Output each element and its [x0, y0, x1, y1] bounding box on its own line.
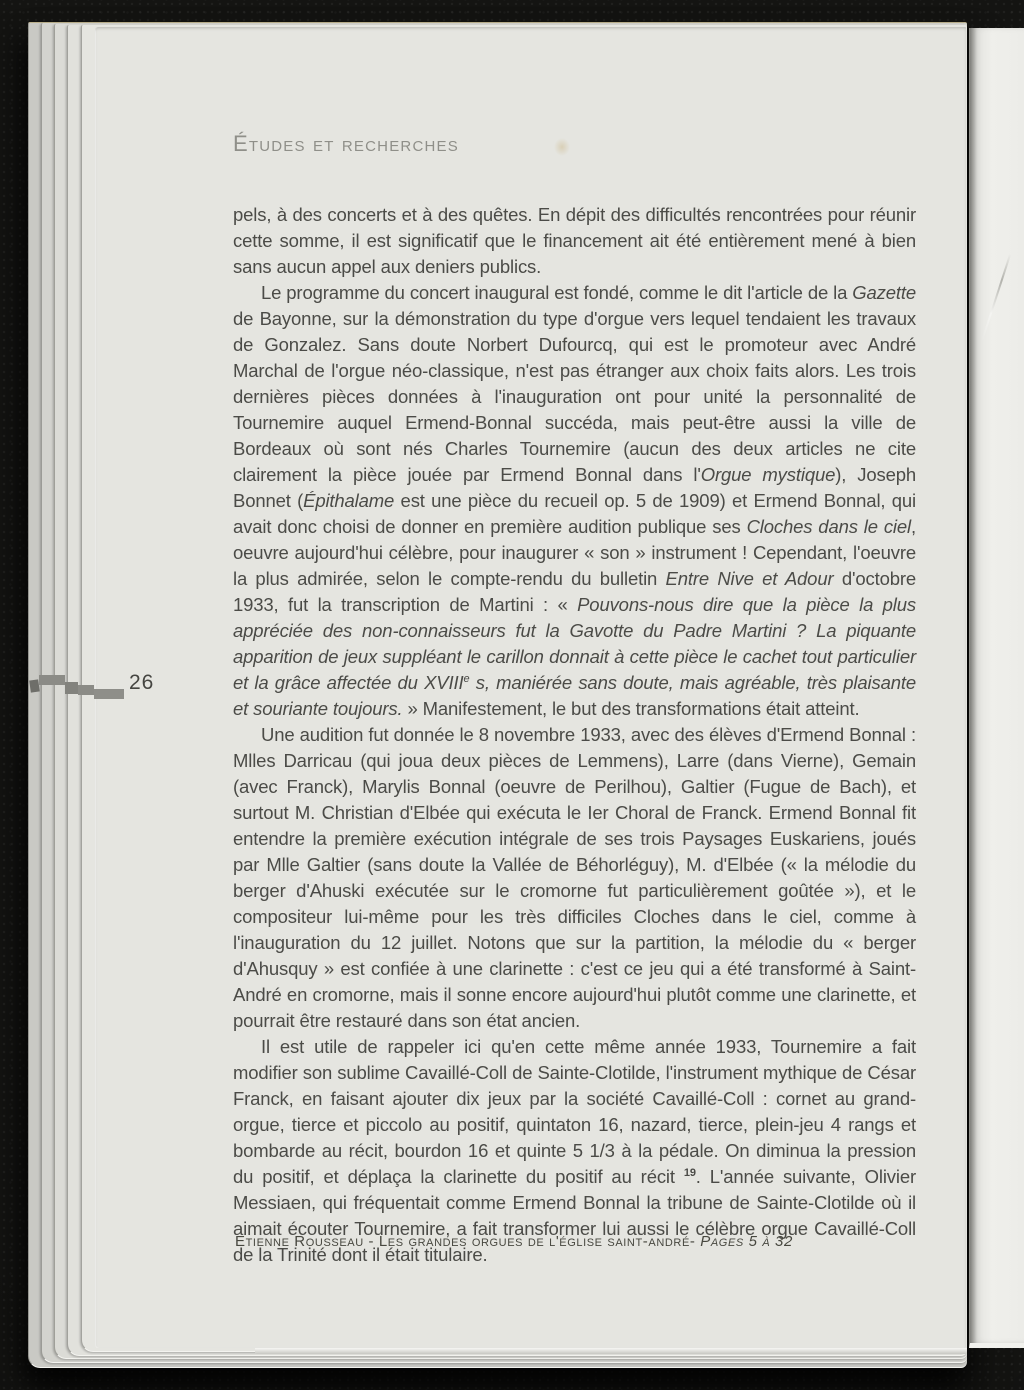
thumb-index-mark — [78, 685, 94, 695]
text-run: Une audition fut donnée le 8 novembre 19… — [233, 724, 916, 1031]
text-run: 19 — [684, 1167, 696, 1179]
paragraph: Une audition fut donnée le 8 novembre 19… — [233, 722, 916, 1034]
book-page: Études et recherches pels, à des concert… — [95, 27, 966, 1348]
thumb-index-mark — [65, 682, 78, 694]
photo-background: { "photo": { "background_color": "#14141… — [0, 0, 1024, 1390]
text-run: Le programme du concert inaugural est fo… — [261, 282, 852, 303]
text-run: Entre Nive et Adour — [666, 568, 834, 589]
adjacent-page-edge — [969, 28, 1024, 1348]
text-run: Cloches dans le ciel — [747, 516, 911, 537]
text-run: Il est utile de rappeler ici qu'en cette… — [233, 1036, 916, 1187]
paragraph: Le programme du concert inaugural est fo… — [233, 280, 916, 722]
page-number: 26 — [129, 671, 154, 695]
text-run: pels, à des concerts et à des quêtes. En… — [233, 204, 916, 277]
page-body: pels, à des concerts et à des quêtes. En… — [233, 202, 916, 1268]
text-run: Pages 5 à 32 — [700, 1233, 793, 1250]
thumb-index-mark — [39, 675, 65, 685]
paper-stain — [554, 138, 570, 156]
text-run: Épithalame — [303, 490, 394, 511]
text-run: Orgue mystique — [701, 464, 836, 485]
thumb-index-mark — [94, 689, 124, 699]
page-footer: Etienne Rousseau - Les grandes orgues de… — [235, 1233, 925, 1250]
paragraph: pels, à des concerts et à des quêtes. En… — [233, 202, 916, 280]
text-run: » Manifestement, le but des transformati… — [402, 698, 859, 719]
text-run: Gazette — [852, 282, 916, 303]
section-header: Études et recherches — [233, 131, 459, 157]
text-run: de Bayonne, sur la démonstration du type… — [233, 308, 916, 485]
text-run: Etienne Rousseau - Les grandes orgues de… — [235, 1233, 700, 1250]
